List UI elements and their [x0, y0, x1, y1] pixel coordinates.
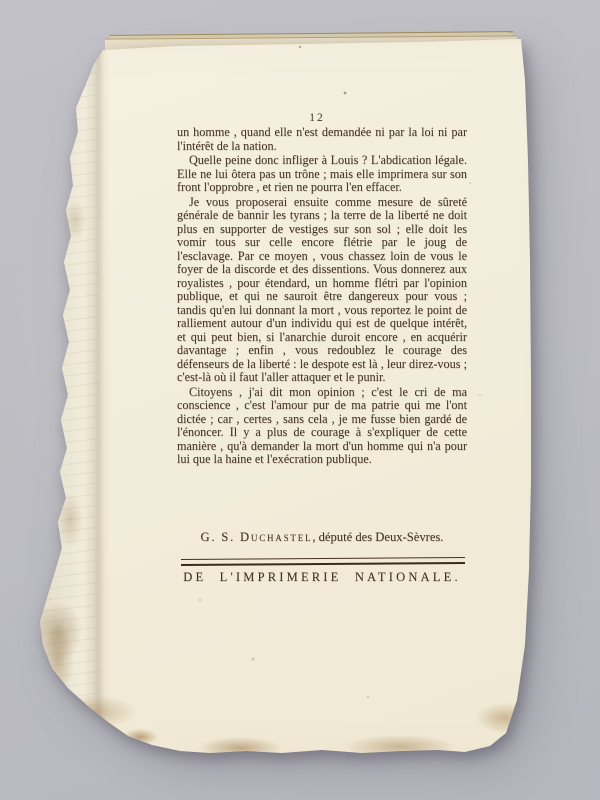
paragraph-2: Quelle peine donc infliger à Louis ? L'a… — [177, 154, 467, 195]
photo-of-pamphlet: 12 un homme , quand elle n'est demandée … — [0, 0, 600, 800]
paragraph-1: un homme , quand elle n'est demandée ni … — [177, 126, 467, 153]
signature-name: G. S. Duchastel — [201, 530, 313, 544]
signature-line: G. S. Duchastel, député des Deux-Sèvres. — [177, 530, 467, 545]
signature-title: , député des Deux-Sèvres. — [312, 530, 443, 544]
page-sheet: 12 un homme , quand elle n'est demandée … — [0, 0, 600, 800]
paragraph-4: Citoyens , j'ai dit mon opinion ; c'est … — [177, 386, 467, 467]
page-sheet-wrap: 12 un homme , quand elle n'est demandée … — [0, 0, 600, 800]
paragraph-3: Je vous proposerai ensuite comme mesure … — [177, 196, 467, 385]
body-text: un homme , quand elle n'est demandée ni … — [177, 126, 467, 467]
imprint-line: DE L'IMPRIMERIE NATIONALE. — [176, 570, 468, 585]
page-number: 12 — [172, 112, 462, 124]
